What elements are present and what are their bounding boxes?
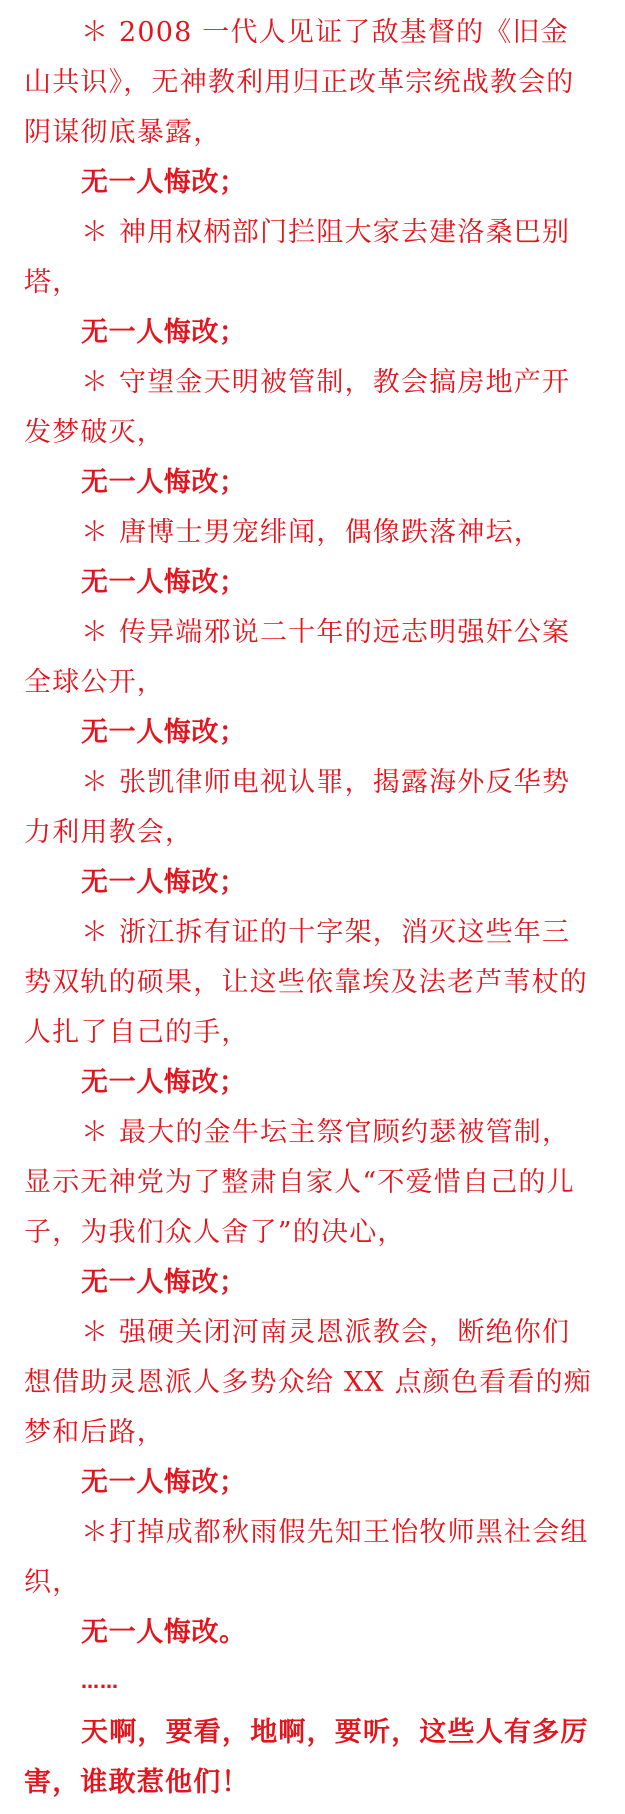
list-item-sf-consensus: ＊ 2008 一代人见证了敌基督的《旧金山共识》，无神教利用归正改革宗统战教会的… bbox=[24, 8, 597, 158]
list-item-zhejiang-crosses: ＊ 浙江拆有证的十字架，消灭这些年三势双轨的硕果，让这些依靠埃及法老芦苇杖的人扎… bbox=[24, 908, 597, 1058]
refrain-line: 无一人悔改； bbox=[24, 158, 597, 208]
refrain-line: 无一人悔改； bbox=[24, 1058, 597, 1108]
list-item-tv-confession: ＊ 张凯律师电视认罪，揭露海外反华势力利用教会， bbox=[24, 758, 597, 858]
refrain-line: 无一人悔改； bbox=[24, 558, 597, 608]
refrain-line-final: 无一人悔改。 bbox=[24, 1608, 597, 1658]
list-item-public-case: ＊ 传异端邪说二十年的远志明强奸公案全球公开， bbox=[24, 608, 597, 708]
list-item-chengdu: ＊打掉成都秋雨假先知王怡牧师黑社会组织， bbox=[24, 1508, 597, 1608]
list-item-henan-churches: ＊ 强硬关闭河南灵恩派教会，断绝你们想借助灵恩派人多势众给 XX 点颜色看看的痴… bbox=[24, 1308, 597, 1458]
list-item-golden-calf: ＊ 最大的金牛坛主祭官顾约瑟被管制，显示无神党为了整肃自家人“不爱惜自己的儿子，… bbox=[24, 1108, 597, 1258]
list-item-scandal: ＊ 唐博士男宠绯闻，偶像跌落神坛， bbox=[24, 508, 597, 558]
refrain-line: 无一人悔改； bbox=[24, 858, 597, 908]
list-item-real-estate: ＊ 守望金天明被管制，教会搞房地产开发梦破灭， bbox=[24, 358, 597, 458]
refrain-line: 无一人悔改； bbox=[24, 458, 597, 508]
document-body: ＊ 2008 一代人见证了敌基督的《旧金山共识》，无神教利用归正改革宗统战教会的… bbox=[0, 0, 625, 1808]
closing-exclamation: 天啊，要看，地啊，要听，这些人有多厉害，谁敢惹他们！ bbox=[24, 1708, 597, 1808]
refrain-line: 无一人悔改； bbox=[24, 1258, 597, 1308]
refrain-line: 无一人悔改； bbox=[24, 1458, 597, 1508]
refrain-line: 无一人悔改； bbox=[24, 308, 597, 358]
refrain-line: 无一人悔改； bbox=[24, 708, 597, 758]
list-item-babel-tower: ＊ 神用权柄部门拦阻大家去建洛桑巴别塔， bbox=[24, 208, 597, 308]
ellipsis: …… bbox=[24, 1658, 597, 1708]
